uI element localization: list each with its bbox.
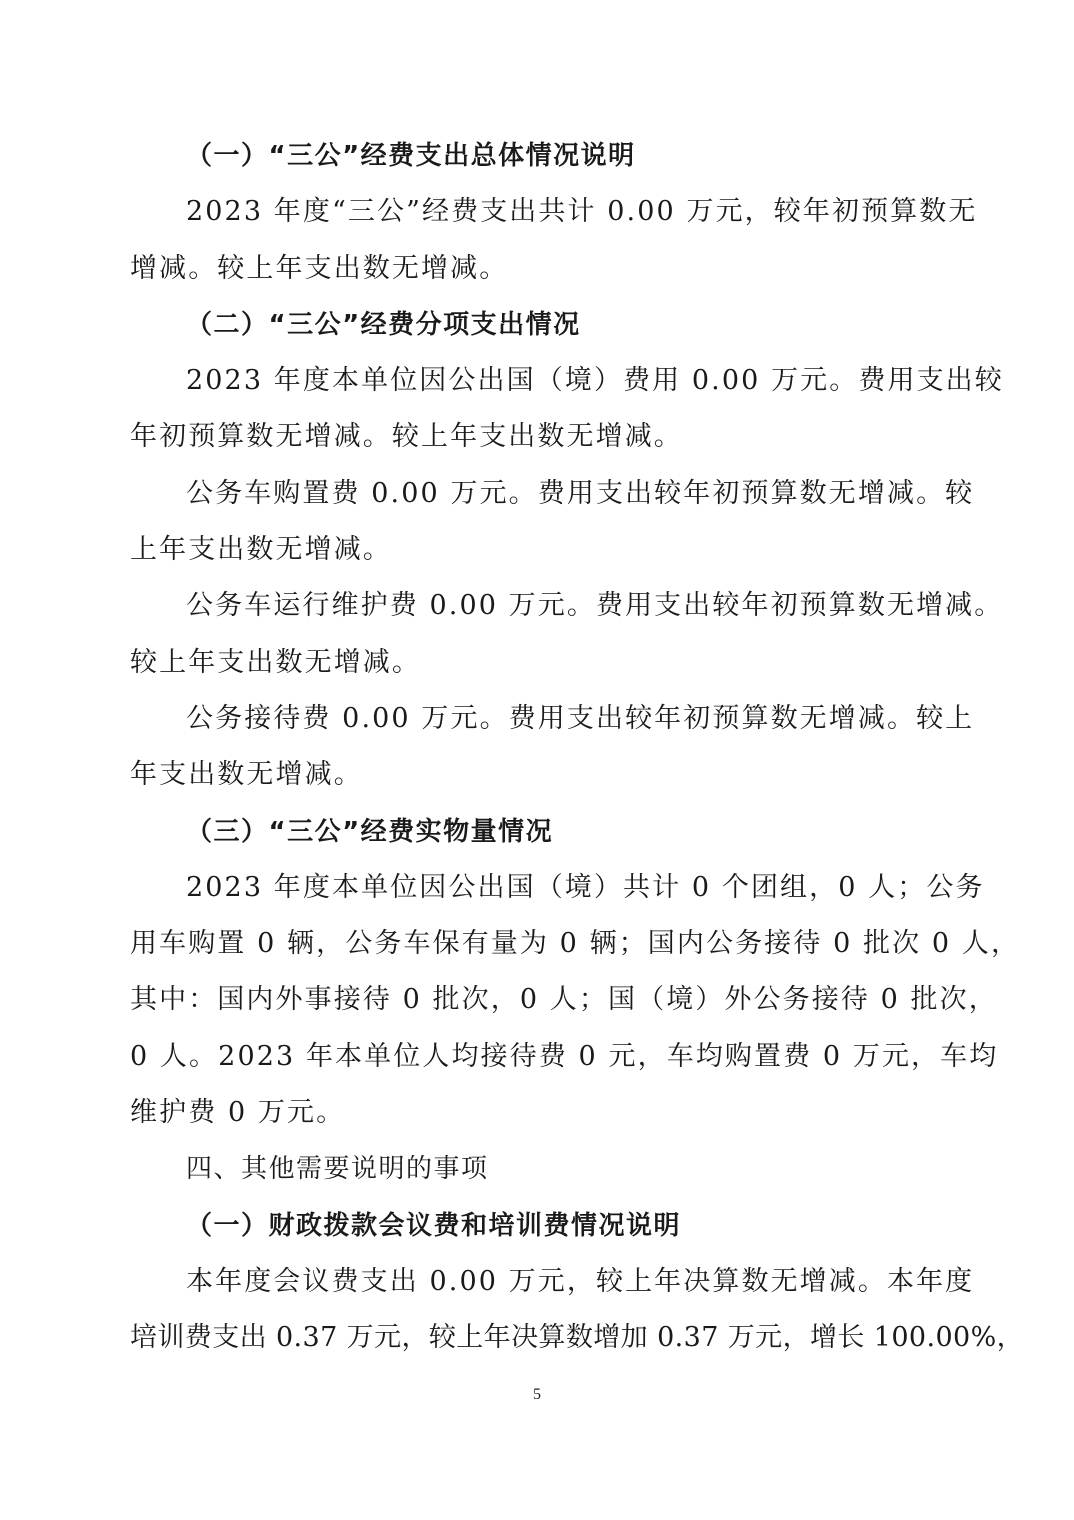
paragraph-line: 公务车运行维护费 0.00 万元。费用支出较年初预算数无增减。 bbox=[130, 578, 946, 634]
page-number: 5 bbox=[0, 1386, 1074, 1404]
paragraph-line: 2023 年度“三公”经费支出共计 0.00 万元，较年初预算数无 bbox=[130, 184, 946, 240]
paragraph-line: 增减。较上年支出数无增减。 bbox=[130, 241, 946, 297]
document-page: （一）“三公”经费支出总体情况说明 2023 年度“三公”经费支出共计 0.00… bbox=[130, 128, 946, 1367]
paragraph-line: 用车购置 0 辆，公务车保有量为 0 辆；国内公务接待 0 批次 0 人， bbox=[130, 916, 946, 972]
paragraph-line: 2023 年度本单位因公出国（境）共计 0 个团组，0 人；公务 bbox=[130, 860, 946, 916]
paragraph-line: 维护费 0 万元。 bbox=[130, 1085, 946, 1141]
paragraph-line: 2023 年度本单位因公出国（境）费用 0.00 万元。费用支出较 bbox=[130, 353, 946, 409]
paragraph-line: 培训费支出 0.37 万元，较上年决算数增加 0.37 万元，增长 100.00… bbox=[130, 1310, 946, 1366]
paragraph-line: 较上年支出数无增减。 bbox=[130, 635, 946, 691]
subheading-sangong-physical: （三）“三公”经费实物量情况 bbox=[130, 804, 946, 860]
paragraph-line: 0 人。2023 年本单位人均接待费 0 元，车均购置费 0 万元，车均 bbox=[130, 1029, 946, 1085]
section-heading-other-matters: 四、其他需要说明的事项 bbox=[130, 1141, 946, 1197]
paragraph-line: 公务车购置费 0.00 万元。费用支出较年初预算数无增减。较 bbox=[130, 466, 946, 522]
subheading-meeting-training-fees: （一）财政拨款会议费和培训费情况说明 bbox=[130, 1198, 946, 1254]
subheading-sangong-itemized: （二）“三公”经费分项支出情况 bbox=[130, 297, 946, 353]
subheading-sangong-overall: （一）“三公”经费支出总体情况说明 bbox=[130, 128, 946, 184]
paragraph-line: 年初预算数无增减。较上年支出数无增减。 bbox=[130, 409, 946, 465]
paragraph-line: 上年支出数无增减。 bbox=[130, 522, 946, 578]
paragraph-line: 其中：国内外事接待 0 批次，0 人；国（境）外公务接待 0 批次， bbox=[130, 972, 946, 1028]
paragraph-line: 年支出数无增减。 bbox=[130, 747, 946, 803]
paragraph-line: 本年度会议费支出 0.00 万元，较上年决算数无增减。本年度 bbox=[130, 1254, 946, 1310]
paragraph-line: 公务接待费 0.00 万元。费用支出较年初预算数无增减。较上 bbox=[130, 691, 946, 747]
